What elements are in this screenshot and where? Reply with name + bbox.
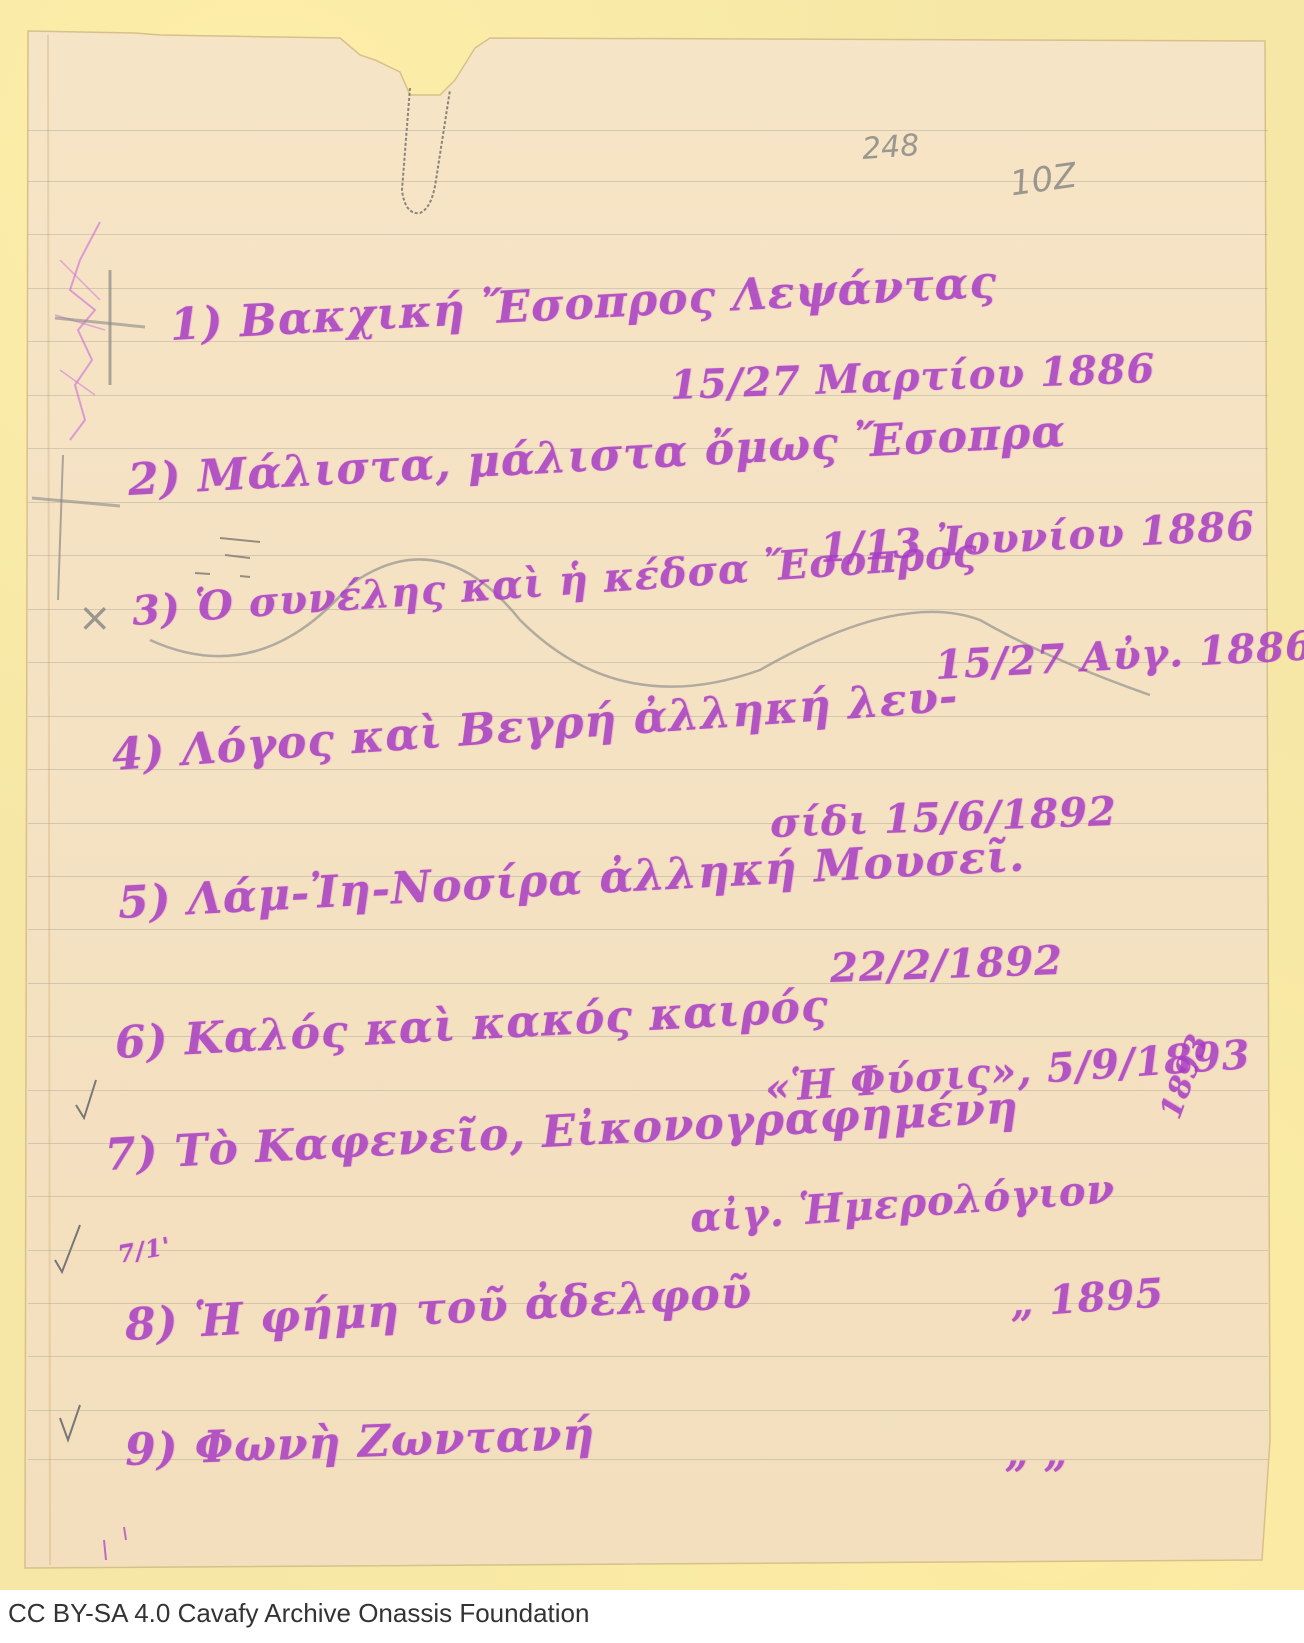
ruled-line xyxy=(28,181,1268,182)
ruled-line xyxy=(28,234,1268,235)
ruled-line xyxy=(28,1356,1268,1357)
ruled-line xyxy=(28,983,1268,984)
ruled-line xyxy=(28,1250,1268,1251)
ruled-line xyxy=(28,1410,1268,1411)
ruled-line xyxy=(28,395,1268,396)
entry-9-date: „ „ xyxy=(1005,1430,1068,1477)
ruled-line xyxy=(28,1090,1268,1091)
license-caption: CC BY-SA 4.0 Cavafy Archive Onassis Foun… xyxy=(8,1598,589,1629)
folio-number-top: 248 xyxy=(861,128,921,167)
license-caption-bar: CC BY-SA 4.0 Cavafy Archive Onassis Foun… xyxy=(0,1590,1304,1643)
ruled-line xyxy=(28,502,1268,503)
ruled-line xyxy=(28,130,1268,131)
entry-3-x-mark: × xyxy=(78,595,112,641)
entry-5-date: 22/2/1892 xyxy=(829,937,1064,992)
ruled-line xyxy=(28,929,1268,930)
manuscript-scan: 248 10Ζ 1) Βακχική Ἔσοπρος Λεψάντας 15/2… xyxy=(0,0,1304,1590)
